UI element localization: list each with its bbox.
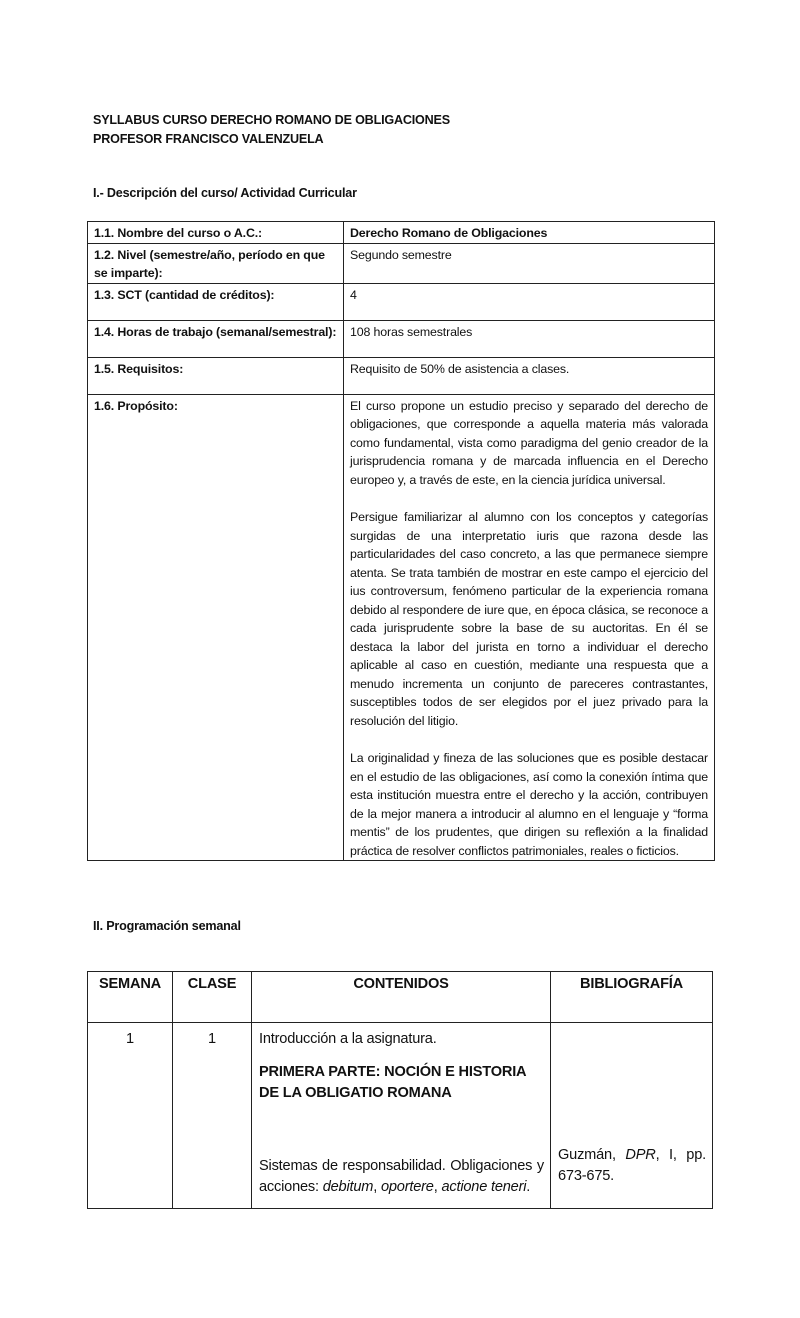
table-row: 1.4. Horas de trabajo (semanal/semestral… [88, 320, 715, 357]
row-label: 1.4. Horas de trabajo (semanal/semestral… [88, 320, 344, 357]
purpose-value: El curso propone un estudio preciso y se… [344, 394, 715, 861]
section-2-heading: II. Programación semanal [93, 919, 241, 933]
content-topic: Sistemas de responsabilidad. Obligacione… [259, 1156, 544, 1198]
topic-term: actione teneri [441, 1179, 526, 1195]
topic-separator: , [373, 1179, 381, 1195]
course-name-value: Derecho Romano de Obligaciones [344, 222, 715, 244]
row-label: 1.3. SCT (cantidad de créditos): [88, 283, 344, 320]
biblio-author: Guzmán, [558, 1147, 625, 1163]
column-header-clase: CLASE [173, 972, 252, 1023]
week-number: 1 [88, 1023, 173, 1209]
hours-value: 108 horas semestrales [344, 320, 715, 357]
table-row: 1 1 Introducción a la asignatura. PRIMER… [88, 1023, 713, 1209]
row-label: 1.6. Propósito: [88, 394, 344, 861]
purpose-paragraph: El curso propone un estudio preciso y se… [350, 397, 708, 490]
table-row: 1.6. Propósito: El curso propone un estu… [88, 394, 715, 861]
topic-term: debitum [323, 1179, 374, 1195]
content-cell: Introducción a la asignatura. PRIMERA PA… [252, 1023, 551, 1209]
row-label: 1.2. Nivel (semestre/año, período en que… [88, 243, 344, 283]
purpose-paragraph: La originalidad y fineza de las solucion… [350, 749, 708, 860]
column-header-bibliografia: BIBLIOGRAFÍA [551, 972, 713, 1023]
bibliography-reference: Guzmán, DPR, I, pp. 673-675. [558, 1145, 706, 1187]
row-label: 1.1. Nombre del curso o A.C.: [88, 222, 344, 244]
purpose-paragraph: Persigue familiarizar al alumno con los … [350, 508, 708, 730]
document-title: SYLLABUS CURSO DERECHO ROMANO DE OBLIGAC… [93, 113, 450, 127]
course-description-table: 1.1. Nombre del curso o A.C.: Derecho Ro… [87, 221, 715, 861]
syllabus-page: SYLLABUS CURSO DERECHO ROMANO DE OBLIGAC… [0, 0, 800, 1318]
table-row: 1.2. Nivel (semestre/año, período en que… [88, 243, 715, 283]
part-title: PRIMERA PARTE: NOCIÓN E HISTORIA DE LA O… [259, 1062, 544, 1104]
level-value: Segundo semestre [344, 243, 715, 283]
biblio-work: DPR [625, 1147, 655, 1163]
section-1-heading: I.- Descripción del curso/ Actividad Cur… [93, 186, 357, 200]
weekly-schedule-table: SEMANA CLASE CONTENIDOS BIBLIOGRAFÍA 1 1… [87, 971, 713, 1209]
table-header-row: SEMANA CLASE CONTENIDOS BIBLIOGRAFÍA [88, 972, 713, 1023]
table-row: 1.3. SCT (cantidad de créditos): 4 [88, 283, 715, 320]
table-row: 1.5. Requisitos: Requisito de 50% de asi… [88, 357, 715, 394]
requirements-value: Requisito de 50% de asistencia a clases. [344, 357, 715, 394]
table-row: 1.1. Nombre del curso o A.C.: Derecho Ro… [88, 222, 715, 244]
credits-value: 4 [344, 283, 715, 320]
bibliography-cell: Guzmán, DPR, I, pp. 673-675. [551, 1023, 713, 1209]
class-number: 1 [173, 1023, 252, 1209]
professor-name: PROFESOR FRANCISCO VALENZUELA [93, 132, 323, 146]
topic-term: oportere [381, 1179, 434, 1195]
column-header-contenidos: CONTENIDOS [252, 972, 551, 1023]
column-header-semana: SEMANA [88, 972, 173, 1023]
topic-end: . [526, 1179, 530, 1195]
row-label: 1.5. Requisitos: [88, 357, 344, 394]
content-intro: Introducción a la asignatura. [259, 1029, 544, 1050]
